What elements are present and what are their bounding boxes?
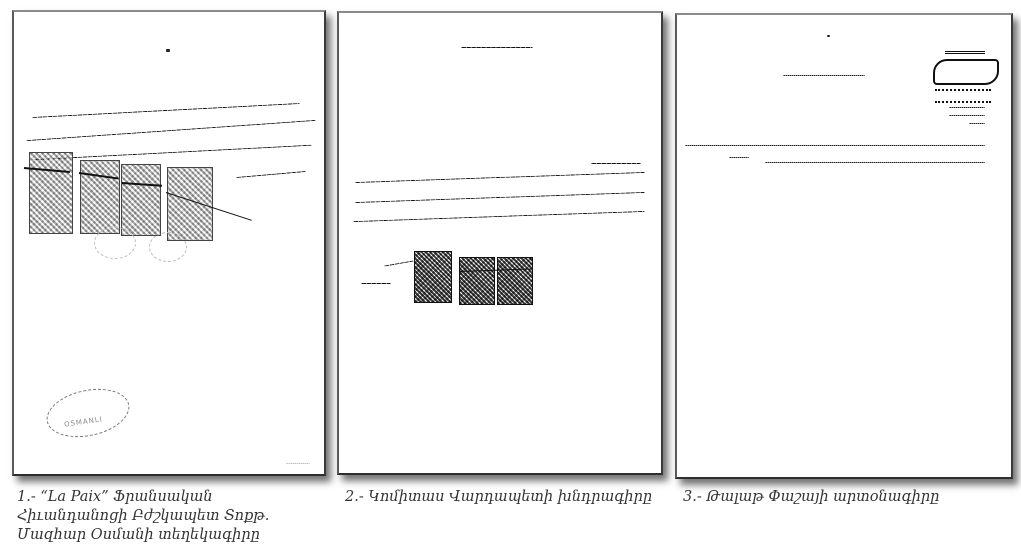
revenue-stamp [459,257,495,305]
revenue-stamp [167,167,213,241]
handwriting-line [236,171,306,178]
faint-mark [286,463,310,464]
oval-seal [42,382,134,444]
letterhead-emblem-icon [933,59,999,85]
caption-2: 2.- Կոմիտաս Վարդապետի խնդրագիրը [345,488,665,507]
subject-line [783,75,865,76]
caption-1: 1.- “La Paix” Ֆրանսական Հիւանդանոցի Բժշկ… [17,488,317,545]
heading-handwriting [461,47,533,48]
faint-seal [149,232,187,262]
caption-3: 3.- Թալաթ Փաշայի արտօնագիրը [683,488,1013,507]
tughra-icon [945,35,985,54]
document-image-1: OSMANLI [12,10,326,476]
reference-line [969,123,985,124]
signature-stroke [384,260,414,266]
letterhead-subtitle [935,89,991,103]
document-image-3 [675,13,1013,479]
revenue-stamp [497,257,533,305]
handwriting-line [353,211,645,222]
revenue-stamp [414,251,452,303]
reference-line [949,115,985,116]
handwriting-line [355,192,645,203]
body-text-line [729,157,749,158]
page-mark [166,49,170,52]
faint-seal [94,227,136,259]
handwriting-line [32,145,312,161]
revenue-stamp [121,164,161,236]
page-mark [827,35,830,37]
body-text-line [685,145,985,146]
revenue-stamp [29,152,73,234]
handwriting-line [32,103,300,118]
document-image-2 [337,11,663,475]
revenue-stamp [80,160,120,234]
handwriting-line [355,172,645,183]
handwriting-note [361,283,391,284]
handwriting-line [26,120,315,141]
handwriting-line [591,163,641,164]
body-text-line [765,162,985,163]
reference-line [949,107,985,108]
